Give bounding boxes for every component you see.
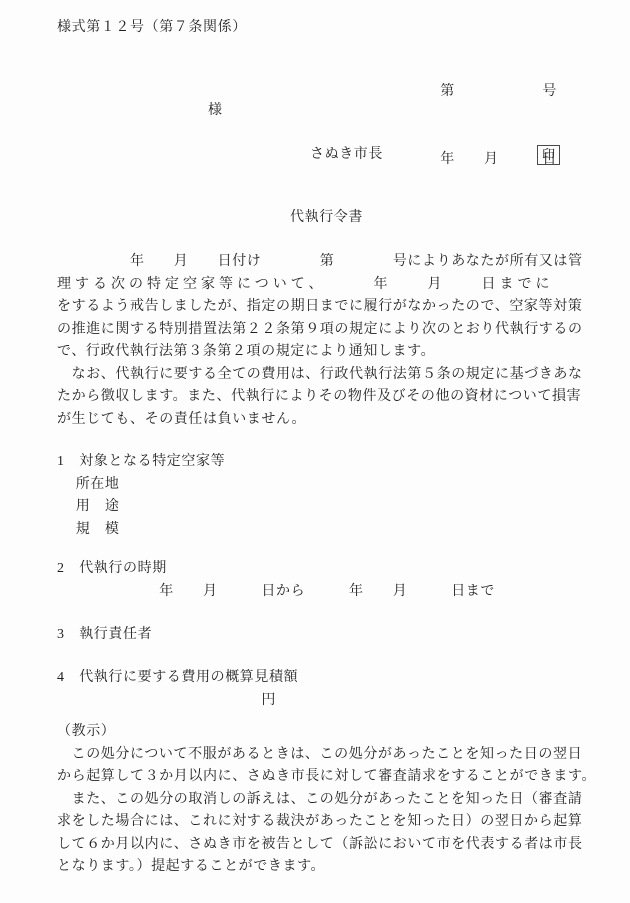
seal-mark: 印	[537, 145, 560, 165]
notice-line: して６か月以内に、さぬき市を被告として（訴訟において市を代表する者は市長	[57, 834, 596, 857]
section-1-use-label: 用 途	[57, 496, 225, 519]
body-line: で、行政代執行法第３条第２項の規定により通知します。	[57, 341, 583, 364]
form-number: 様式第１２号（第７条関係）	[57, 17, 247, 40]
issuer-name: さぬき市長	[310, 144, 383, 167]
section-1-heading: 1 対象となる特定空家等	[57, 451, 225, 474]
notice-line: この処分について不服があるときは、この処分があったことを知った日の翌日	[57, 744, 596, 767]
section-2: 2 代執行の時期 年 月 日から 年 月 日まで	[57, 558, 495, 603]
body-line: 年 月 日付け 第 号によりあなたが所有又は管	[57, 251, 583, 274]
notice-line: 求をした場合には、これに対する裁決があったことを知った日）の翌日から起算	[57, 811, 596, 834]
section-2-period-line: 年 月 日から 年 月 日まで	[57, 581, 495, 604]
body-line: をするよう戒告しましたが、指定の期日までに履行がなかったので、空家等対策	[57, 296, 583, 319]
section-1-scale-label: 規 模	[57, 519, 225, 542]
notice-line: となります。）提起することができます。	[57, 856, 596, 879]
body-line: 理する次の特定空家等について、 年 月 日までに	[57, 274, 583, 297]
document-page: 様式第１２号（第７条関係） 第 号 年 月 日 様 さぬき市長 印 代執行令書 …	[0, 0, 630, 903]
notice-line: から起算して３か月以内に、さぬき市長に対して審査請求をすることができます。	[57, 766, 596, 789]
section-4-heading: 4 代執行に要する費用の概算見積額	[57, 667, 298, 690]
body-line: が生じても、その責任は負いません。	[57, 409, 583, 432]
notice-line: また、この処分の取消しの訴えは、この処分があったことを知った日（審査請	[57, 789, 596, 812]
section-4-amount-line: 円	[57, 690, 298, 713]
notice-section: （教示） この処分について不服があるときは、この処分があったことを知った日の翌日…	[57, 721, 596, 879]
body-paragraph: 年 月 日付け 第 号によりあなたが所有又は管 理する次の特定空家等について、 …	[57, 251, 583, 431]
document-number-line: 第 号	[440, 81, 557, 104]
section-2-heading: 2 代執行の時期	[57, 558, 495, 581]
section-3-heading: 3 執行責任者	[57, 624, 152, 647]
notice-heading: （教示）	[57, 721, 596, 744]
addressee-honorific: 様	[208, 100, 223, 123]
header-right: 第 号 年 月 日	[440, 36, 557, 216]
body-line: なお、代執行に要する全ての費用は、行政代執行法第５条の規定に基づきあな	[57, 364, 583, 387]
body-line: の推進に関する特別措置法第２２条第９項の規定により次のとおり代執行するの	[57, 319, 583, 342]
section-4: 4 代執行に要する費用の概算見積額 円	[57, 667, 298, 712]
section-3: 3 執行責任者	[57, 624, 152, 647]
section-1: 1 対象となる特定空家等 所在地 用 途 規 模	[57, 451, 225, 541]
section-1-location-label: 所在地	[57, 474, 225, 497]
document-title: 代執行令書	[290, 207, 363, 230]
body-line: たから徴収します。また、代執行によりその物件及びその他の資材について損害	[57, 386, 583, 409]
